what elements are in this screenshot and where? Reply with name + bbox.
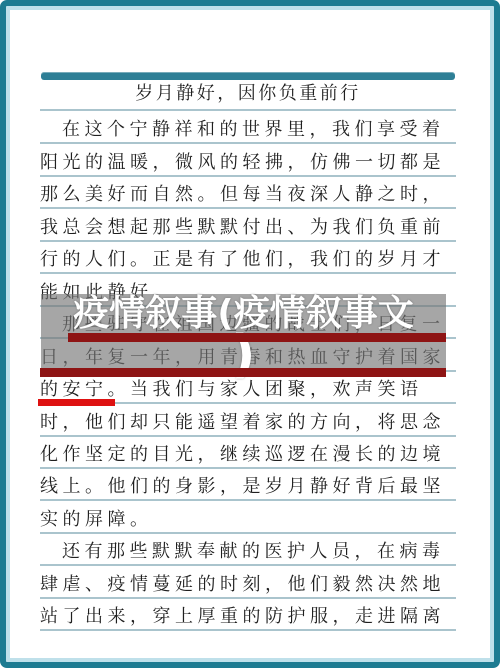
essay-line-text: 那么美好而自然。但每当夜深人静之时， [40,184,445,206]
essay-line: 化作坚定的目光，继续巡逻在漫长的边境 [40,435,456,469]
essay-line-text: 阳光的温暖，微风的轻拂，仿佛一切都是 [40,152,445,174]
essay-line-text: 时，他们却只能遥望着家的方向，将思念 [40,412,445,434]
essay-line-text: 还有那些默默奉献的医护人员，在病毒 [62,541,445,563]
essay-line: 肆虐、疫情蔓延的时刻，他们毅然决然地 [40,565,456,599]
overlay-underline-top [68,333,446,342]
essay-line: 还有那些默默奉献的医护人员，在病毒 [40,532,456,566]
essay-line-text: 在这个宁静祥和的世界里，我们享受着 [62,119,445,141]
overlay-underline-bottom [40,368,446,377]
emphasis-underline [38,399,115,406]
essay-line-text: 行的人们。正是有了他们，我们的岁月才 [40,249,445,271]
essay-line: 实的屏障。 [40,500,456,534]
essay-line-text: 实的屏障。 [40,509,153,531]
essay-line: 那么美好而自然。但每当夜深人静之时， [40,175,456,209]
essay-line-text: 肆虐、疫情蔓延的时刻，他们毅然决然地 [40,574,445,596]
essay-line: 行的人们。正是有了他们，我们的岁月才 [40,240,456,274]
essay-title: 岁月静好，因你负重前行 [135,76,361,112]
essay-line-text: 站了出来，穿上厚重的防护服，走进隔离 [40,606,445,628]
essay-line-text: 我总会想起那些默默付出、为我们负重前 [40,217,445,239]
essay-line: 线上。他们的身影，是岁月静好背后最坚 [40,467,456,501]
essay-line: 阳光的温暖，微风的轻拂，仿佛一切都是 [40,143,456,177]
essay-page: 岁月静好，因你负重前行 在这个宁静祥和的世界里，我们享受着阳光的温暖，微风的轻拂… [0,0,500,668]
essay-line: 我总会想起那些默默付出、为我们负重前 [40,208,456,242]
essay-line: 站了出来，穿上厚重的防护服，走进隔离 [40,597,456,631]
essay-title-row: 岁月静好，因你负重前行 [40,76,456,111]
essay-line: 在这个宁静祥和的世界里，我们享受着 [40,110,456,144]
essay-line-text: 线上。他们的身影，是岁月静好背后最坚 [40,476,445,498]
essay-line-text: 化作坚定的目光，继续巡逻在漫长的边境 [40,444,445,466]
essay-line: 时，他们却只能遥望着家的方向，将思念 [40,403,456,437]
